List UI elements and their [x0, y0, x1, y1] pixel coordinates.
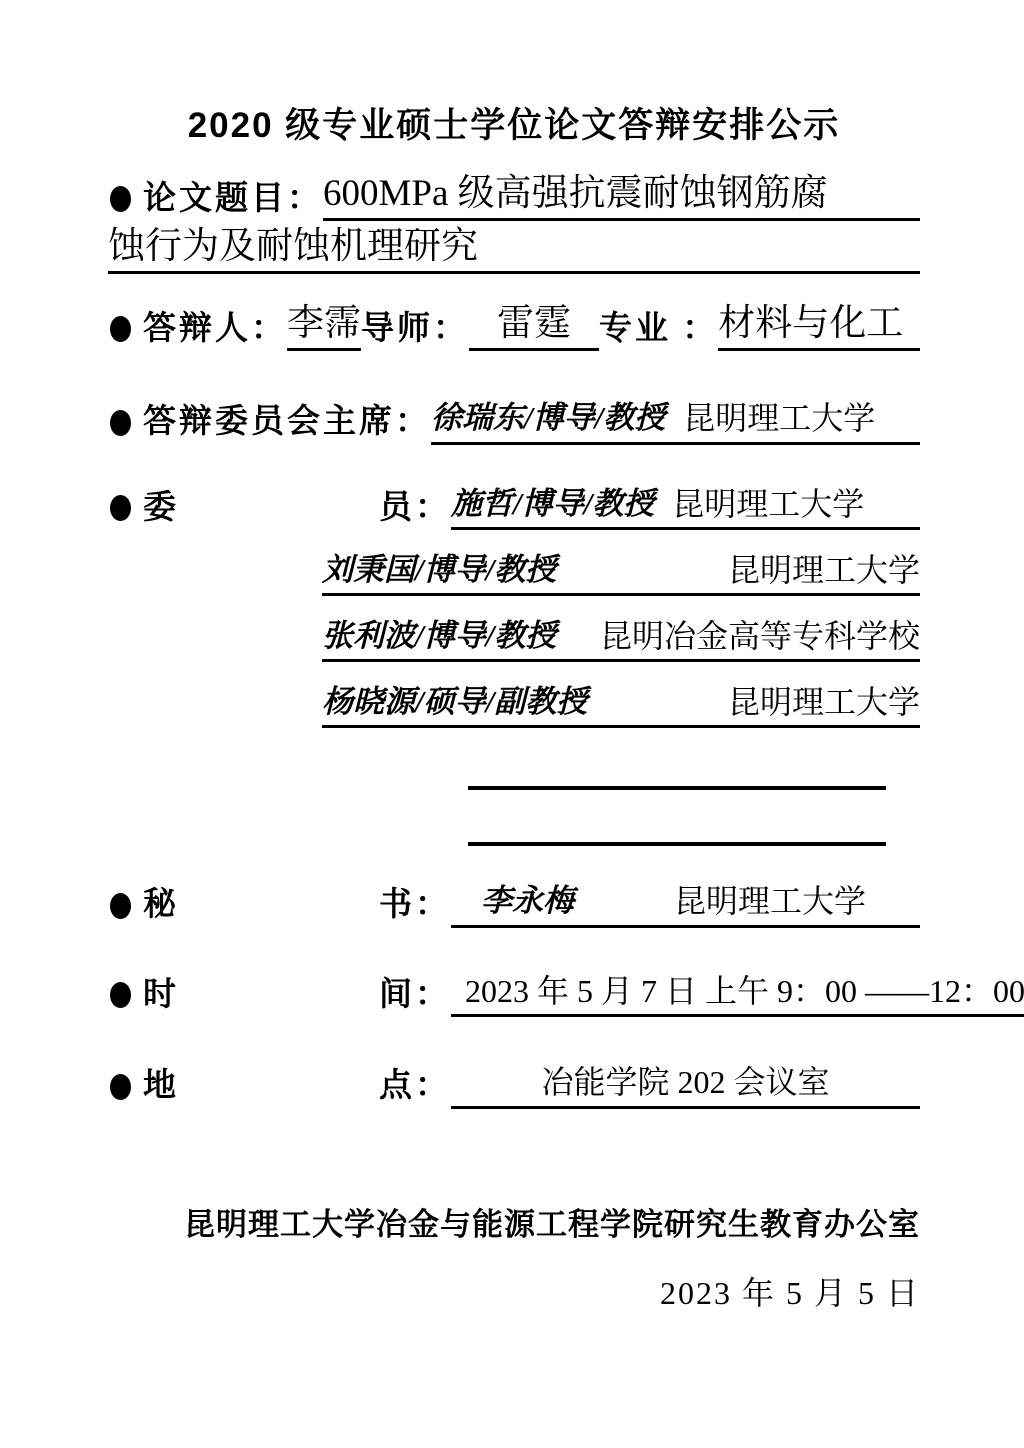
bullet-icon — [110, 316, 131, 342]
page-title: 2020 级专业硕士学位论文答辩安排公示 — [108, 98, 920, 148]
committee-label: 委 员： — [143, 486, 451, 531]
member-affiliation: 昆明理工大学 — [672, 481, 864, 527]
thesis-title-line1: 600MPa 级高强抗震耐蚀钢筋腐 — [323, 170, 920, 221]
bullet-icon — [110, 186, 131, 212]
defender-row: 答辩人： 李霈 导师： 雷霆 专业 ： 材料与化工 — [108, 300, 920, 351]
member-name: 施哲/博导/教授 — [451, 481, 654, 528]
bullet-icon — [110, 410, 131, 436]
thesis-title-label: 论文题目： — [143, 177, 323, 222]
secretary-affiliation: 昆明理工大学 — [674, 878, 866, 924]
committee-member-row: 杨晓源/硕导/副教授 昆明理工大学 — [108, 677, 920, 728]
committee-row: 委 员： 施哲/博导/教授 昆明理工大学 — [108, 481, 920, 531]
thesis-title-row: 论文题目： 600MPa 级高强抗震耐蚀钢筋腐 — [108, 170, 920, 221]
committee-member-field: 杨晓源/硕导/副教授 昆明理工大学 — [322, 679, 920, 729]
member-affiliation: 昆明理工大学 — [728, 679, 920, 725]
member-affiliation: 昆明冶金高等专科学校 — [600, 613, 920, 659]
bullet-icon — [110, 1074, 131, 1100]
defender-label: 答辩人： — [143, 307, 287, 352]
bullet-icon — [110, 495, 131, 521]
defender-name: 李霈 — [287, 300, 361, 351]
committee-member-field: 刘秉国/博导/教授 昆明理工大学 — [322, 547, 920, 597]
chair-row: 答辩委员会主席： 徐瑞东/博导/教授 昆明理工大学 — [108, 395, 920, 445]
committee-member-field: 施哲/博导/教授 昆明理工大学 — [451, 481, 920, 531]
supervisor-label: 导师： — [361, 307, 469, 352]
major-label: 专业 ： — [599, 307, 718, 352]
time-value: 2023 年 5 月 7 日 上午 9：00 ——12：00 — [465, 968, 1024, 1014]
issue-date: 2023 年 5 月 5 日 — [108, 1268, 920, 1314]
bullet-icon — [110, 982, 131, 1008]
location-field: 冶能学院 202 会议室 — [451, 1059, 920, 1108]
thesis-title-line2: 蚀行为及耐蚀机理研究 — [108, 223, 920, 274]
issuing-office: 昆明理工大学冶金与能源工程学院研究生教育办公室 — [108, 1199, 920, 1244]
member-name: 刘秉国/博导/教授 — [322, 547, 556, 594]
member-name: 张利波/博导/教授 — [322, 613, 556, 660]
announcement-document: 2020 级专业硕士学位论文答辩安排公示 论文题目： 600MPa 级高强抗震耐… — [0, 0, 1024, 1448]
location-label: 地 点： — [143, 1064, 451, 1109]
supervisor-name: 雷霆 — [469, 300, 599, 351]
footer: 昆明理工大学冶金与能源工程学院研究生教育办公室 2023 年 5 月 5 日 — [108, 1199, 920, 1314]
committee-member-field: 张利波/博导/教授 昆明冶金高等专科学校 — [322, 613, 920, 663]
time-label: 时 间： — [143, 973, 451, 1018]
committee-member-row: 刘秉国/博导/教授 昆明理工大学 — [108, 545, 920, 596]
committee-member-row: 张利波/博导/教授 昆明冶金高等专科学校 — [108, 611, 920, 662]
member-name: 杨晓源/硕导/副教授 — [322, 679, 587, 726]
secretary-row: 秘 书： 李永梅 昆明理工大学 — [108, 878, 920, 928]
major-value: 材料与化工 — [718, 300, 920, 351]
chair-name: 徐瑞东/博导/教授 — [431, 395, 665, 442]
chair-affiliation: 昆明理工大学 — [683, 395, 875, 441]
time-row: 时 间： 2023 年 5 月 7 日 上午 9：00 ——12：00 — [108, 968, 920, 1017]
location-value: 冶能学院 202 会议室 — [541, 1059, 829, 1105]
member-affiliation: 昆明理工大学 — [728, 547, 920, 593]
secretary-name: 李永梅 — [481, 878, 574, 925]
time-field: 2023 年 5 月 7 日 上午 9：00 ——12：00 — [451, 968, 1024, 1017]
thesis-title-row-2: 蚀行为及耐蚀机理研究 — [108, 223, 920, 274]
secretary-field: 李永梅 昆明理工大学 — [451, 878, 920, 928]
empty-member-line — [468, 786, 886, 790]
chair-label: 答辩委员会主席： — [143, 400, 431, 445]
secretary-label: 秘 书： — [143, 883, 451, 928]
bullet-icon — [110, 893, 131, 919]
empty-member-line — [468, 842, 886, 846]
chair-field: 徐瑞东/博导/教授 昆明理工大学 — [431, 395, 920, 445]
location-row: 地 点： 冶能学院 202 会议室 — [108, 1059, 920, 1108]
